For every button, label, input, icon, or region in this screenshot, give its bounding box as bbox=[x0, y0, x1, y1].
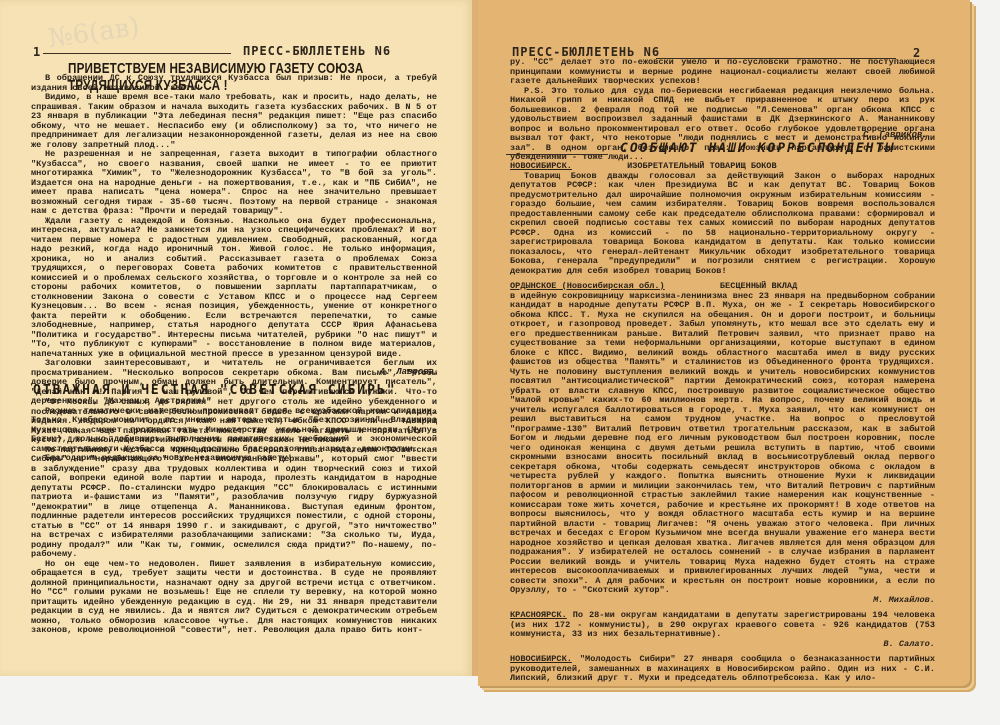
report-location: КРАСНОЯРСК. bbox=[510, 610, 567, 620]
report-text: Товарищ Боков дважды голосовал за действ… bbox=[510, 172, 935, 277]
paragraph: По-партийному честно и принципиально рас… bbox=[31, 446, 437, 560]
report-signature: В. Салато. bbox=[510, 640, 935, 650]
report: НОВОСИБИРСК. ИЗОБРЕТАТЕЛЬНЫЙ ТОВАРИЩ БОК… bbox=[510, 162, 935, 276]
report: НОВОСИБИРСК. "Молодость Сибири" 27 январ… bbox=[510, 655, 935, 684]
handwritten-stamp: №6(ав) bbox=[46, 12, 141, 54]
paragraph: Но он еще чем-то недоволен. Пишет заявле… bbox=[31, 560, 437, 636]
paragraph: Не разрешенная и не запрещенная, газета … bbox=[31, 150, 437, 217]
report-signature: М. Михайлов. bbox=[510, 596, 935, 606]
paragraph: "От Москвы до самых, до окраин" нет друг… bbox=[31, 398, 437, 446]
report-location: ОРДЫНСКОЕ (Новосибирская обл.) bbox=[510, 281, 665, 291]
report-text: "Молодость Сибири" 27 января сообщила о … bbox=[510, 654, 935, 683]
header-rule-left bbox=[43, 53, 231, 54]
report-location: НОВОСИБИРСК. bbox=[510, 654, 572, 664]
report-headline: БЕСЦЕННЫЙ ВКЛАД bbox=[720, 281, 797, 291]
article2-title: ОТВАЖНАЯ И ЧЕСТНАЯ "СОВЕТСКАЯ СИБИРЬ" bbox=[33, 383, 397, 398]
article2-body: "От Москвы до самых, до окраин" нет друг… bbox=[31, 398, 437, 636]
section-rule bbox=[506, 154, 608, 155]
article1-signature: А. Лаврова. bbox=[380, 367, 439, 377]
report-text: По 28-ми округам кандидатами в депутаты … bbox=[510, 610, 935, 639]
paragraph: ру. "СС" делает это по-ежовски умело и п… bbox=[510, 58, 935, 87]
paragraph: Ждали газету с надеждой и боязнью. Наско… bbox=[31, 217, 437, 360]
running-header-left: ПРЕСС-БЮЛЛЕТЕНЬ N6 bbox=[243, 44, 391, 58]
scanned-newsletter-spread: №6(ав) 1 ПРЕСС-БЮЛЛЕТЕНЬ N6 ПРИВЕТСТВУЕМ… bbox=[0, 0, 1000, 725]
page-number-left: 1 bbox=[33, 45, 41, 59]
report: ОРДЫНСКОЕ (Новосибирская обл.) БЕСЦЕННЫЙ… bbox=[510, 282, 935, 605]
report-text: в идейную сокровищницу марксизма-лениниз… bbox=[510, 292, 935, 596]
report-headline: ИЗОБРЕТАТЕЛЬНЫЙ ТОВАРИЩ БОКОВ bbox=[627, 161, 777, 171]
report-location: НОВОСИБИРСК. bbox=[510, 161, 572, 171]
report: КРАСНОЯРСК. По 28-ми округам кандидатами… bbox=[510, 611, 935, 649]
continuation-signature: С. Гавриков. bbox=[863, 130, 928, 140]
left-page: №6(ав) 1 ПРЕСС-БЮЛЛЕТЕНЬ N6 ПРИВЕТСТВУЕМ… bbox=[0, 0, 472, 676]
paragraph: В обращении ДС к Союзу трудящихся Кузбас… bbox=[31, 74, 437, 93]
section-title: СООБЩАЮТ НАШИ КОРРЕСПОНДЕНТЫ bbox=[620, 141, 895, 156]
reports: НОВОСИБИРСК. ИЗОБРЕТАТЕЛЬНЫЙ ТОВАРИЩ БОК… bbox=[510, 162, 935, 684]
paragraph: Видимо, в наше время все-таки мало требо… bbox=[31, 93, 437, 150]
